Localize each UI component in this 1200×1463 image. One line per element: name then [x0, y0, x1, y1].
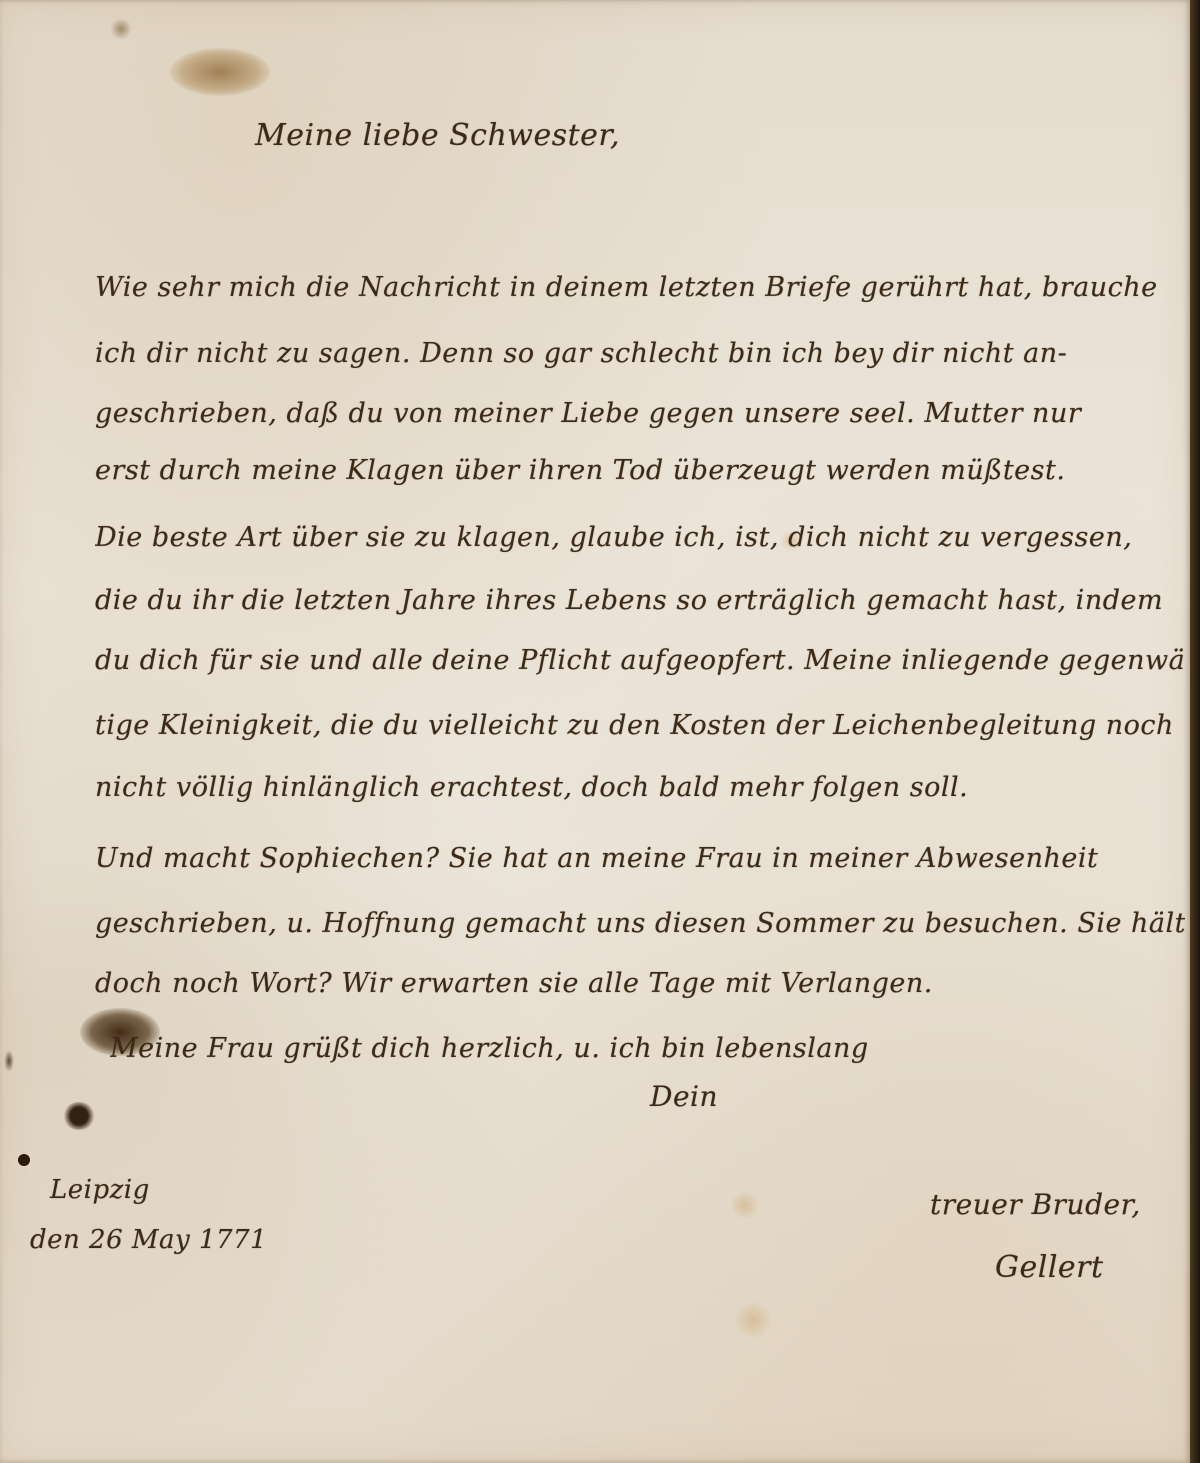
frame-edge: [1190, 0, 1200, 1463]
body-line: geschrieben, u. Hoffnung gemacht uns die…: [95, 908, 1185, 939]
body-line: Die beste Art über sie zu klagen, glaube…: [95, 522, 1185, 553]
water-stain: [110, 18, 132, 40]
body-line: doch noch Wort? Wir erwarten sie alle Ta…: [95, 968, 1185, 999]
body-line: ich dir nicht zu sagen. Denn so gar schl…: [95, 338, 1185, 369]
foxing-spot: [735, 1300, 771, 1340]
water-stain: [170, 48, 270, 96]
ink-dot: [18, 1154, 30, 1166]
ink-blot: [62, 1102, 96, 1130]
body-line: die du ihr die letzten Jahre ihres Leben…: [95, 585, 1185, 616]
foxing-spot: [730, 1190, 760, 1220]
body-line: geschrieben, daß du von meiner Liebe geg…: [95, 398, 1185, 429]
date-line: den 26 May 1771: [30, 1225, 267, 1255]
ink-blot: [4, 1050, 14, 1072]
body-line: Wie sehr mich die Nachricht in deinem le…: [95, 272, 1185, 303]
closing-line: treuer Bruder,: [930, 1188, 1141, 1221]
body-line: du dich für sie und alle deine Pflicht a…: [95, 645, 1185, 676]
letter-page: Meine liebe Schwester, Wie sehr mich die…: [0, 0, 1190, 1463]
body-line: erst durch meine Klagen über ihren Tod ü…: [95, 455, 1185, 486]
salutation: Meine liebe Schwester,: [255, 118, 620, 153]
body-line: Und macht Sophiechen? Sie hat an meine F…: [95, 843, 1185, 874]
body-line: tige Kleinigkeit, die du vielleicht zu d…: [95, 710, 1185, 741]
closing-word: Dein: [650, 1080, 718, 1113]
body-line: Meine Frau grüßt dich herzlich, u. ich b…: [110, 1033, 1200, 1064]
body-line: nicht völlig hinlänglich erachtest, doch…: [95, 772, 1185, 803]
signature: Gellert: [995, 1250, 1104, 1285]
place-line: Leipzig: [50, 1175, 150, 1205]
